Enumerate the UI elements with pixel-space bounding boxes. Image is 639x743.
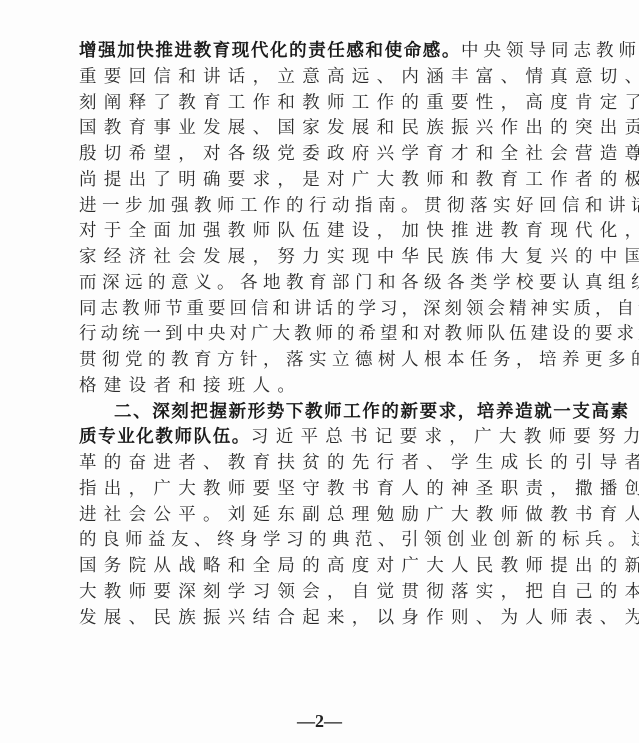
- text-line: 重要回信和讲话，立意高远、内涵丰富、情真意切、语重心长，深: [79, 65, 545, 91]
- line-text: 贯彻党的教育方针，落实立德树人根本任务，培养更多的社会主义合: [79, 350, 639, 370]
- text-line: 尚提出了明确要求，是对广大教师和教育工作者的极大鼓舞，也是: [79, 168, 545, 194]
- text-line: 指出，广大教师要坚守教书育人的神圣职责，撒播创新的火种，促: [79, 477, 545, 503]
- text-line: 质专业化教师队伍。习近平总书记要求，广大教师要努力做教育改: [79, 425, 545, 451]
- line-text: 革的奋进者、教育扶贫的先行者、学生成长的引导者。李克强总理: [79, 453, 639, 473]
- text-line: 行动统一到中央对广大教师的希望和对教师队伍建设的要求上来，全面: [79, 322, 545, 348]
- text-line: 发展、民族振兴结合起来，以身作则、为人师表、为国育才，做让: [79, 606, 545, 632]
- document-page: 增强加快推进教育现代化的责任感和使命感。中央领导同志教师节 重要回信和讲话，立意…: [0, 0, 639, 743]
- line-text: 殷切希望，对各级党委政府兴学育才和全社会营造尊师重教良好风: [79, 144, 639, 164]
- text-line: 对于全面加强教师队伍建设，加快推进教育现代化，更好地服务国: [79, 219, 545, 245]
- line-text: 发展、民族振兴结合起来，以身作则、为人师表、为国育才，做让: [79, 608, 639, 628]
- text-line: 家经济社会发展，努力实现中华民族伟大复兴的中国梦，具有重大: [79, 245, 545, 271]
- line-text: 国务院从战略和全局的高度对广大人民教师提出的新要求。全国广: [79, 556, 639, 576]
- text-line: 而深远的意义。各地教育部门和各级各类学校要认真组织好中央领导: [79, 271, 545, 297]
- body-text: 增强加快推进教育现代化的责任感和使命感。中央领导同志教师节 重要回信和讲话，立意…: [79, 39, 545, 631]
- text-line: 贯彻党的教育方针，落实立德树人根本任务，培养更多的社会主义合: [79, 348, 545, 374]
- line-text: 刻阐释了教育工作和教师工作的重要性，高度肯定了广大教师为我: [79, 93, 639, 113]
- text-line: 进社会公平。刘延东副总理勉励广大教师做教书育人的楷模、学生: [79, 503, 545, 529]
- line-text: 指出，广大教师要坚守教书育人的神圣职责，撒播创新的火种，促: [79, 479, 639, 499]
- text-line: 大教师要深刻学习领会，自觉贯彻落实，把自己的本职工作和国家: [79, 580, 545, 606]
- text-line: 同志教师节重要回信和讲话的学习，深刻领会精神实质，自觉把思想和: [79, 297, 545, 323]
- text-line: 的良师益友、终身学习的典范、引领创业创新的标兵。这是党中央、: [79, 528, 545, 554]
- page-number: —2—: [0, 711, 639, 732]
- line-text: 进一步加强教师工作的行动指南。贯彻落实好回信和讲话重要精神，: [79, 196, 639, 216]
- section-heading-line: 二、深刻把握新形势下教师工作的新要求，培养造就一支高素: [79, 400, 545, 426]
- line-text: 格建设者和接班人。: [79, 376, 302, 396]
- text-line: 格建设者和接班人。: [79, 374, 545, 400]
- line-text: 对于全面加强教师队伍建设，加快推进教育现代化，更好地服务国: [79, 221, 639, 241]
- line-text: 中央领导同志教师节: [461, 41, 639, 61]
- line-text: 行动统一到中央对广大教师的希望和对教师队伍建设的要求上来，全面: [79, 324, 639, 344]
- line-text: 重要回信和讲话，立意高远、内涵丰富、情真意切、语重心长，深: [79, 67, 639, 87]
- section-heading-continued: 质专业化教师队伍。: [79, 427, 251, 447]
- line-text: 同志教师节重要回信和讲话的学习，深刻领会精神实质，自觉把思想和: [79, 299, 639, 319]
- line-text: 习近平总书记要求，广大教师要努力做教育改: [251, 427, 639, 447]
- line-text: 尚提出了明确要求，是对广大教师和教育工作者的极大鼓舞，也是: [79, 170, 639, 190]
- line-text: 国教育事业发展、国家发展和民族振兴作出的突出贡献，并提出了: [79, 118, 639, 138]
- text-line: 进一步加强教师工作的行动指南。贯彻落实好回信和讲话重要精神，: [79, 194, 545, 220]
- section-heading: 二、深刻把握新形势下教师工作的新要求，培养造就一支高素: [114, 402, 630, 422]
- line-text: 进社会公平。刘延东副总理勉励广大教师做教书育人的楷模、学生: [79, 505, 639, 525]
- text-line: 革的奋进者、教育扶贫的先行者、学生成长的引导者。李克强总理: [79, 451, 545, 477]
- line-text: 家经济社会发展，努力实现中华民族伟大复兴的中国梦，具有重大: [79, 247, 639, 267]
- text-line: 殷切希望，对各级党委政府兴学育才和全社会营造尊师重教良好风: [79, 142, 545, 168]
- text-line: 刻阐释了教育工作和教师工作的重要性，高度肯定了广大教师为我: [79, 91, 545, 117]
- text-line: 国务院从战略和全局的高度对广大人民教师提出的新要求。全国广: [79, 554, 545, 580]
- text-line: 国教育事业发展、国家发展和民族振兴作出的突出贡献，并提出了: [79, 116, 545, 142]
- bold-heading-text: 增强加快推进教育现代化的责任感和使命感。: [79, 41, 461, 61]
- line-text: 的良师益友、终身学习的典范、引领创业创新的标兵。这是党中央、: [79, 530, 639, 550]
- text-line: 增强加快推进教育现代化的责任感和使命感。中央领导同志教师节: [79, 39, 545, 65]
- line-text: 大教师要深刻学习领会，自觉贯彻落实，把自己的本职工作和国家: [79, 582, 639, 602]
- line-text: 而深远的意义。各地教育部门和各级各类学校要认真组织好中央领导: [79, 273, 639, 293]
